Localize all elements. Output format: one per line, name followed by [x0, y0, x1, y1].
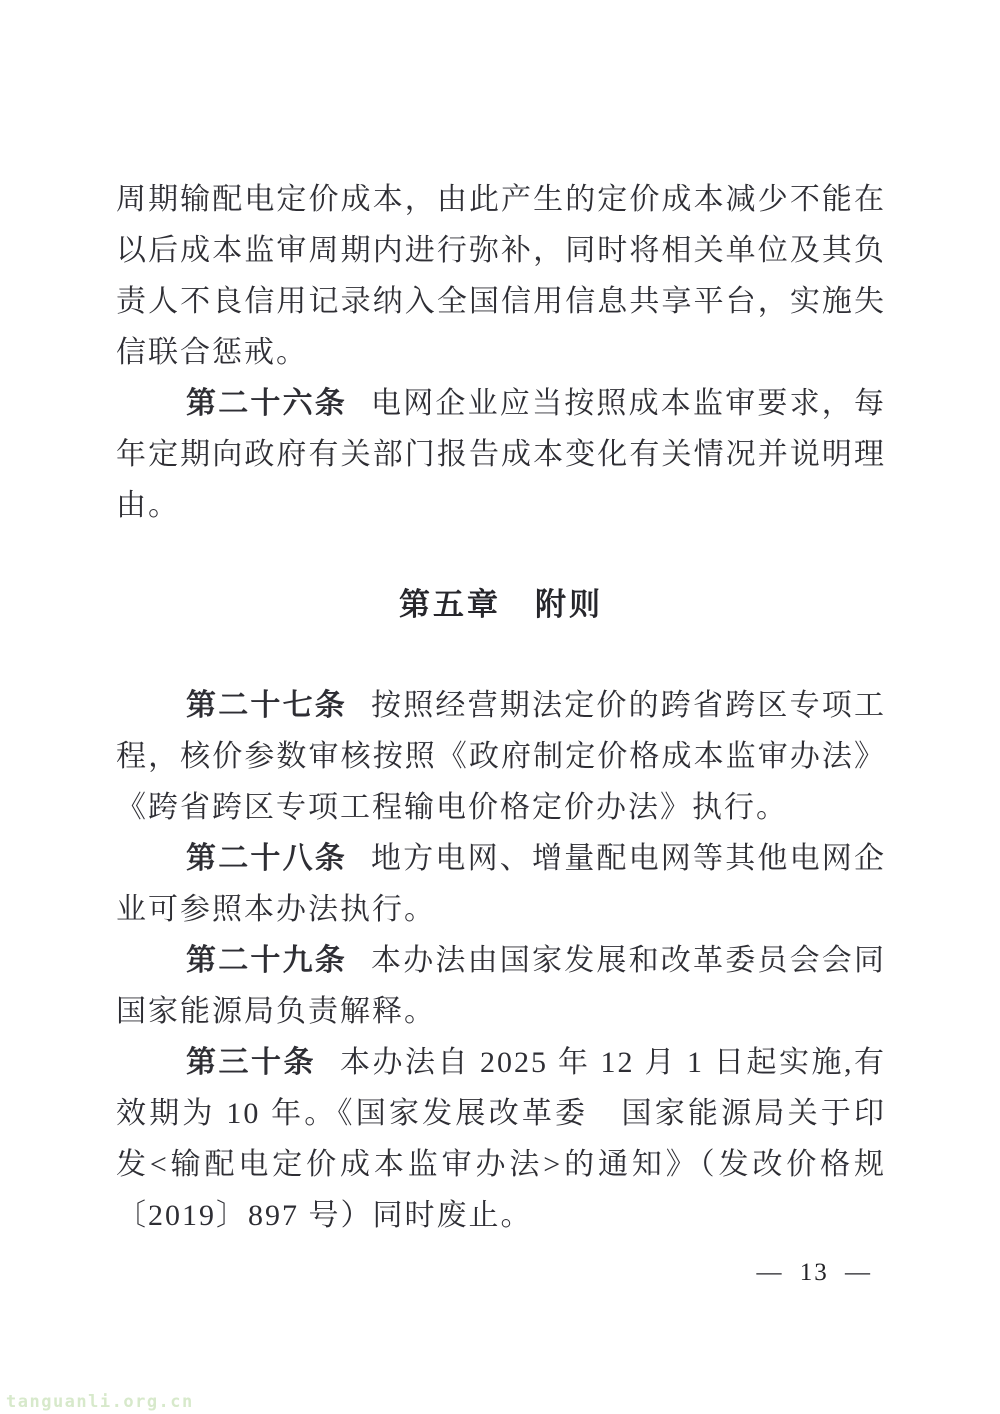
article-number-26: 第二十六条 [186, 387, 347, 420]
paragraph-article-28: 第二十八条地方电网、增量配电网等其他电网企业可参照本办法执行。 [116, 833, 886, 935]
document-body: 周期输配电定价成本，由此产生的定价成本减少不能在以后成本监审周期内进行弥补，同时… [116, 174, 886, 1241]
article-number-27: 第二十七条 [186, 689, 347, 722]
document-page: 周期输配电定价成本，由此产生的定价成本减少不能在以后成本监审周期内进行弥补，同时… [0, 0, 1000, 1414]
article-number-28: 第二十八条 [186, 842, 347, 875]
paragraph-article-29: 第二十九条本办法由国家发展和改革委员会会同国家能源局负责解释。 [116, 935, 886, 1037]
paragraph-continuation: 周期输配电定价成本，由此产生的定价成本减少不能在以后成本监审周期内进行弥补，同时… [116, 174, 886, 378]
page-number: — 13 — [757, 1258, 873, 1288]
paragraph-text: 周期输配电定价成本，由此产生的定价成本减少不能在以后成本监审周期内进行弥补，同时… [116, 183, 886, 369]
paragraph-article-27: 第二十七条按照经营期法定价的跨省跨区专项工程，核价参数审核按照《政府制定价格成本… [116, 680, 886, 833]
article-number-29: 第二十九条 [186, 944, 347, 977]
chapter-heading: 第五章 附则 [116, 579, 886, 630]
paragraph-article-26: 第二十六条电网企业应当按照成本监审要求，每年定期向政府有关部门报告成本变化有关情… [116, 378, 886, 531]
article-number-30: 第三十条 [186, 1046, 316, 1079]
watermark: tanguanli.org.cn [6, 1392, 194, 1412]
paragraph-article-30: 第三十条本办法自 2025 年 12 月 1 日起实施,有效期为 10 年。《国… [116, 1037, 886, 1241]
